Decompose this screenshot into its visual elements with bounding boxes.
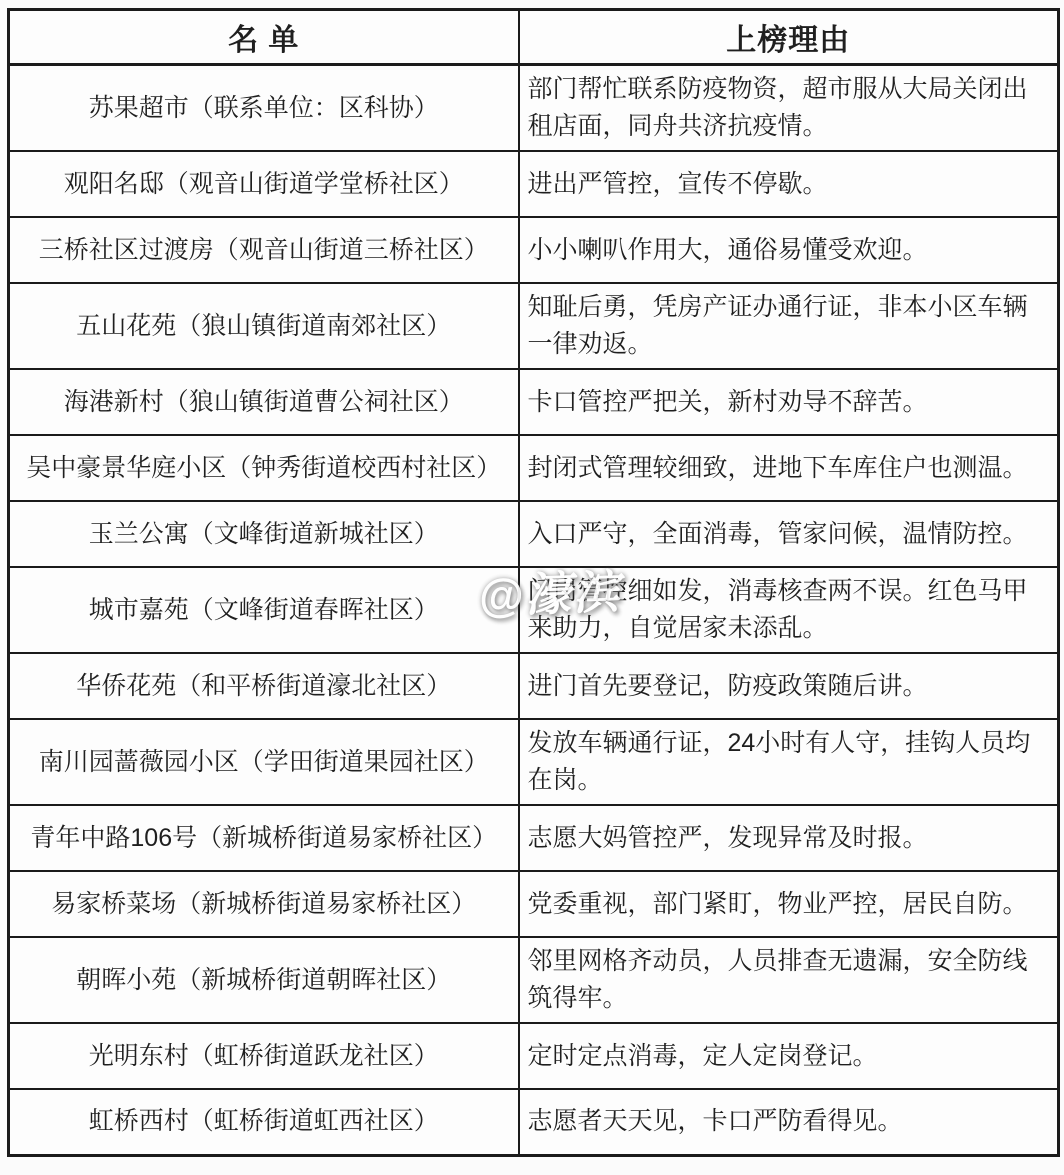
table-row: 海港新村（狼山镇街道曹公祠社区）卡口管控严把关，新村劝导不辞苦。: [9, 369, 1059, 435]
table-row: 观阳名邸（观音山街道学堂桥社区）进出严管控，宣传不停歇。: [9, 151, 1059, 217]
column-header-reason: 上榜理由: [519, 10, 1059, 65]
table-row: 华侨花苑（和平桥街道濠北社区）进门首先要登记，防疫政策随后讲。: [9, 653, 1059, 719]
table-row: 玉兰公寓（文峰街道新城社区）入口严守，全面消毒，管家问候，温情防控。: [9, 501, 1059, 567]
reason-cell: 小小喇叭作用大，通俗易懂受欢迎。: [519, 217, 1059, 283]
roster-table: 名 单 上榜理由 苏果超市（联系单位：区科协）部门帮忙联系防疫物资，超市服从大局…: [7, 8, 1060, 1157]
table-row: 易家桥菜场（新城桥街道易家桥社区）党委重视，部门紧盯，物业严控，居民自防。: [9, 871, 1059, 937]
header-row: 名 单 上榜理由: [9, 10, 1059, 65]
reason-cell: 志愿大妈管控严，发现异常及时报。: [519, 805, 1059, 871]
site-name-cell: 朝晖小苑（新城桥街道朝晖社区）: [9, 937, 519, 1023]
table-row: 南川园蔷薇园小区（学田街道果园社区）发放车辆通行证，24小时有人守，挂钩人员均在…: [9, 719, 1059, 805]
table-body: 苏果超市（联系单位：区科协）部门帮忙联系防疫物资，超市服从大局关闭出租店面，同舟…: [9, 65, 1059, 1156]
column-header-name: 名 单: [9, 10, 519, 65]
site-name-cell: 虹桥西村（虹桥街道虹西社区）: [9, 1089, 519, 1155]
page: 名 单 上榜理由 苏果超市（联系单位：区科协）部门帮忙联系防疫物资，超市服从大局…: [0, 0, 1064, 1175]
reason-cell: 封闭式管理较细致，进地下车库住户也测温。: [519, 435, 1059, 501]
reason-cell: 门岗管控细如发，消毒核查两不误。红色马甲来助力，自觉居家未添乱。: [519, 567, 1059, 653]
table-row: 吴中豪景华庭小区（钟秀街道校西村社区）封闭式管理较细致，进地下车库住户也测温。: [9, 435, 1059, 501]
reason-cell: 知耻后勇，凭房产证办通行证，非本小区车辆一律劝返。: [519, 283, 1059, 369]
site-name-cell: 南川园蔷薇园小区（学田街道果园社区）: [9, 719, 519, 805]
table-row: 朝晖小苑（新城桥街道朝晖社区）邻里网格齐动员，人员排查无遗漏，安全防线筑得牢。: [9, 937, 1059, 1023]
table-row: 五山花苑（狼山镇街道南郊社区）知耻后勇，凭房产证办通行证，非本小区车辆一律劝返。: [9, 283, 1059, 369]
reason-cell: 志愿者天天见，卡口严防看得见。: [519, 1089, 1059, 1155]
reason-cell: 部门帮忙联系防疫物资，超市服从大局关闭出租店面，同舟共济抗疫情。: [519, 65, 1059, 152]
reason-cell: 定时定点消毒，定人定岗登记。: [519, 1023, 1059, 1089]
site-name-cell: 华侨花苑（和平桥街道濠北社区）: [9, 653, 519, 719]
site-name-cell: 苏果超市（联系单位：区科协）: [9, 65, 519, 152]
site-name-cell: 光明东村（虹桥街道跃龙社区）: [9, 1023, 519, 1089]
reason-cell: 进出严管控，宣传不停歇。: [519, 151, 1059, 217]
site-name-cell: 三桥社区过渡房（观音山街道三桥社区）: [9, 217, 519, 283]
reason-cell: 卡口管控严把关，新村劝导不辞苦。: [519, 369, 1059, 435]
reason-cell: 入口严守，全面消毒，管家问候，温情防控。: [519, 501, 1059, 567]
site-name-cell: 观阳名邸（观音山街道学堂桥社区）: [9, 151, 519, 217]
site-name-cell: 吴中豪景华庭小区（钟秀街道校西村社区）: [9, 435, 519, 501]
table-row: 虹桥西村（虹桥街道虹西社区）志愿者天天见，卡口严防看得见。: [9, 1089, 1059, 1155]
reason-cell: 发放车辆通行证，24小时有人守，挂钩人员均在岗。: [519, 719, 1059, 805]
table-row: 苏果超市（联系单位：区科协）部门帮忙联系防疫物资，超市服从大局关闭出租店面，同舟…: [9, 65, 1059, 152]
site-name-cell: 城市嘉苑（文峰街道春晖社区）: [9, 567, 519, 653]
site-name-cell: 海港新村（狼山镇街道曹公祠社区）: [9, 369, 519, 435]
site-name-cell: 易家桥菜场（新城桥街道易家桥社区）: [9, 871, 519, 937]
reason-cell: 进门首先要登记，防疫政策随后讲。: [519, 653, 1059, 719]
table-row: 光明东村（虹桥街道跃龙社区）定时定点消毒，定人定岗登记。: [9, 1023, 1059, 1089]
table-row: 三桥社区过渡房（观音山街道三桥社区）小小喇叭作用大，通俗易懂受欢迎。: [9, 217, 1059, 283]
site-name-cell: 青年中路106号（新城桥街道易家桥社区）: [9, 805, 519, 871]
reason-cell: 党委重视，部门紧盯，物业严控，居民自防。: [519, 871, 1059, 937]
site-name-cell: 玉兰公寓（文峰街道新城社区）: [9, 501, 519, 567]
table-row: 城市嘉苑（文峰街道春晖社区）门岗管控细如发，消毒核查两不误。红色马甲来助力，自觉…: [9, 567, 1059, 653]
table-row: 青年中路106号（新城桥街道易家桥社区）志愿大妈管控严，发现异常及时报。: [9, 805, 1059, 871]
site-name-cell: 五山花苑（狼山镇街道南郊社区）: [9, 283, 519, 369]
reason-cell: 邻里网格齐动员，人员排查无遗漏，安全防线筑得牢。: [519, 937, 1059, 1023]
